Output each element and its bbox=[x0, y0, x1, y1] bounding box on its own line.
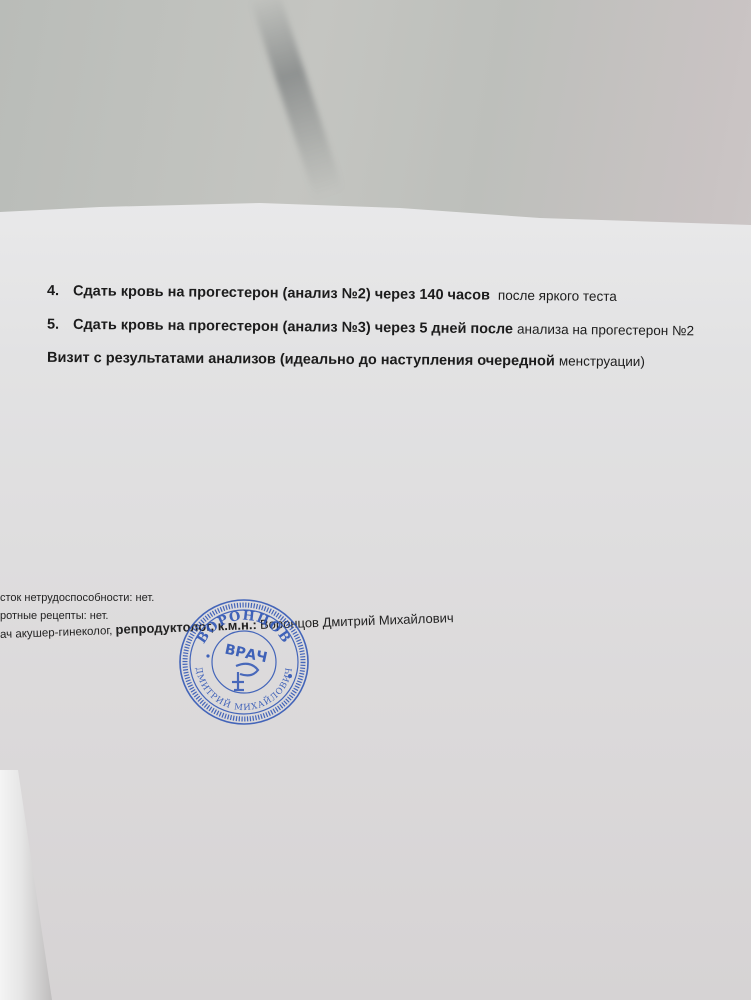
item-text: анализа на прогестерон №2 bbox=[517, 322, 694, 339]
item-number: 4. bbox=[47, 283, 73, 299]
sick-leave-value: нет. bbox=[136, 592, 155, 604]
background-fabric bbox=[250, 0, 343, 200]
sick-leave-label: сток нетрудоспособности: bbox=[0, 592, 132, 604]
sick-leave-line: сток нетрудоспособности: нет. bbox=[0, 592, 154, 604]
prescriptions-label: ротные рецепты: bbox=[0, 610, 87, 622]
prescriptions-line: ротные рецепты: нет. bbox=[0, 610, 108, 622]
prescriptions-value: нет. bbox=[90, 610, 109, 622]
svg-text:ВРАЧ: ВРАЧ bbox=[223, 642, 268, 667]
item-text: после яркого теста bbox=[498, 288, 617, 304]
doctor-stamp-icon: ВОРОНЦОВ ДМИТРИЙ МИХАЙЛОВИЧ ВРАЧ bbox=[178, 598, 310, 726]
visit-text: менструации) bbox=[559, 353, 645, 369]
item-number: 5. bbox=[47, 317, 73, 333]
